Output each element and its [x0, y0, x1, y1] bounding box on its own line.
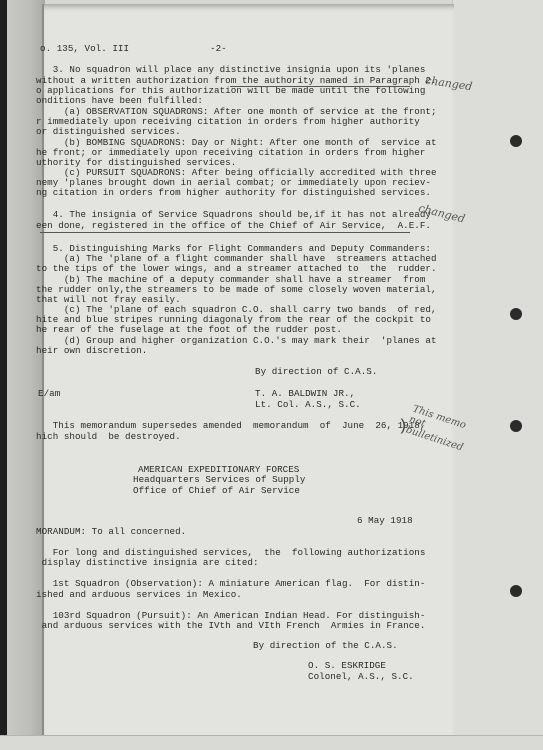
binder-margin	[452, 0, 543, 750]
punch-hole	[510, 420, 522, 432]
text-line: hich should be destroyed.	[36, 432, 181, 442]
punch-hole	[510, 308, 522, 320]
text-line: ng citation in orders from higher author…	[36, 188, 431, 198]
page-number: -2-	[210, 44, 227, 54]
text-line: ished and arduous services in Mexico.	[36, 590, 242, 600]
text-line: This memorandum supersedes amended memor…	[36, 421, 425, 431]
memo-date: 6 May 1918	[357, 516, 413, 526]
text-line: 1st Squadron (Observation): A miniature …	[36, 579, 425, 589]
hq-heading: Headquarters Services of Supply	[133, 475, 305, 485]
text-line: onditions have been fulfilled:	[36, 96, 203, 106]
document-reference: o. 135, Vol. III	[40, 44, 129, 54]
office-heading: Office of Chief of Air Service	[133, 486, 300, 496]
underline-mark	[40, 232, 410, 233]
direction-line: By direction of C.A.S.	[255, 367, 377, 377]
punch-hole	[510, 585, 522, 597]
text-line: heir own discretion.	[36, 346, 147, 356]
underline-mark	[230, 86, 410, 87]
typist-initials: E/am	[38, 389, 60, 399]
text-line: to the tips of the lower wings, and a st…	[36, 264, 437, 274]
page-bottom-edge	[0, 735, 543, 750]
text-line: 4. The insignia of Service Squadrons sho…	[36, 210, 431, 220]
text-line: and arduous services with the IVth and V…	[36, 621, 425, 631]
text-line: or distinguished services.	[36, 127, 181, 137]
direction-line: By direction of the C.A.S.	[253, 641, 398, 651]
signer-name: O. S. ESKRIDGE	[308, 661, 386, 671]
signer-name: T. A. BALDWIN JR.,	[255, 389, 355, 399]
signer-rank: Lt. Col. A.S., S.C.	[255, 400, 361, 410]
memo-addressee: MORANDUM: To all concerned.	[36, 527, 186, 537]
scan-left-edge	[0, 0, 7, 750]
text-line: 3. No squadron will place any distinctiv…	[36, 65, 425, 75]
signer-rank: Colonel, A.S., S.C.	[308, 672, 414, 682]
punch-hole	[510, 135, 522, 147]
text-line: he rear of the fuselage at the foot of t…	[36, 325, 342, 335]
text-line: display distinctive insignia are cited:	[36, 558, 259, 568]
text-line: een done, registered in the office of th…	[36, 221, 431, 231]
